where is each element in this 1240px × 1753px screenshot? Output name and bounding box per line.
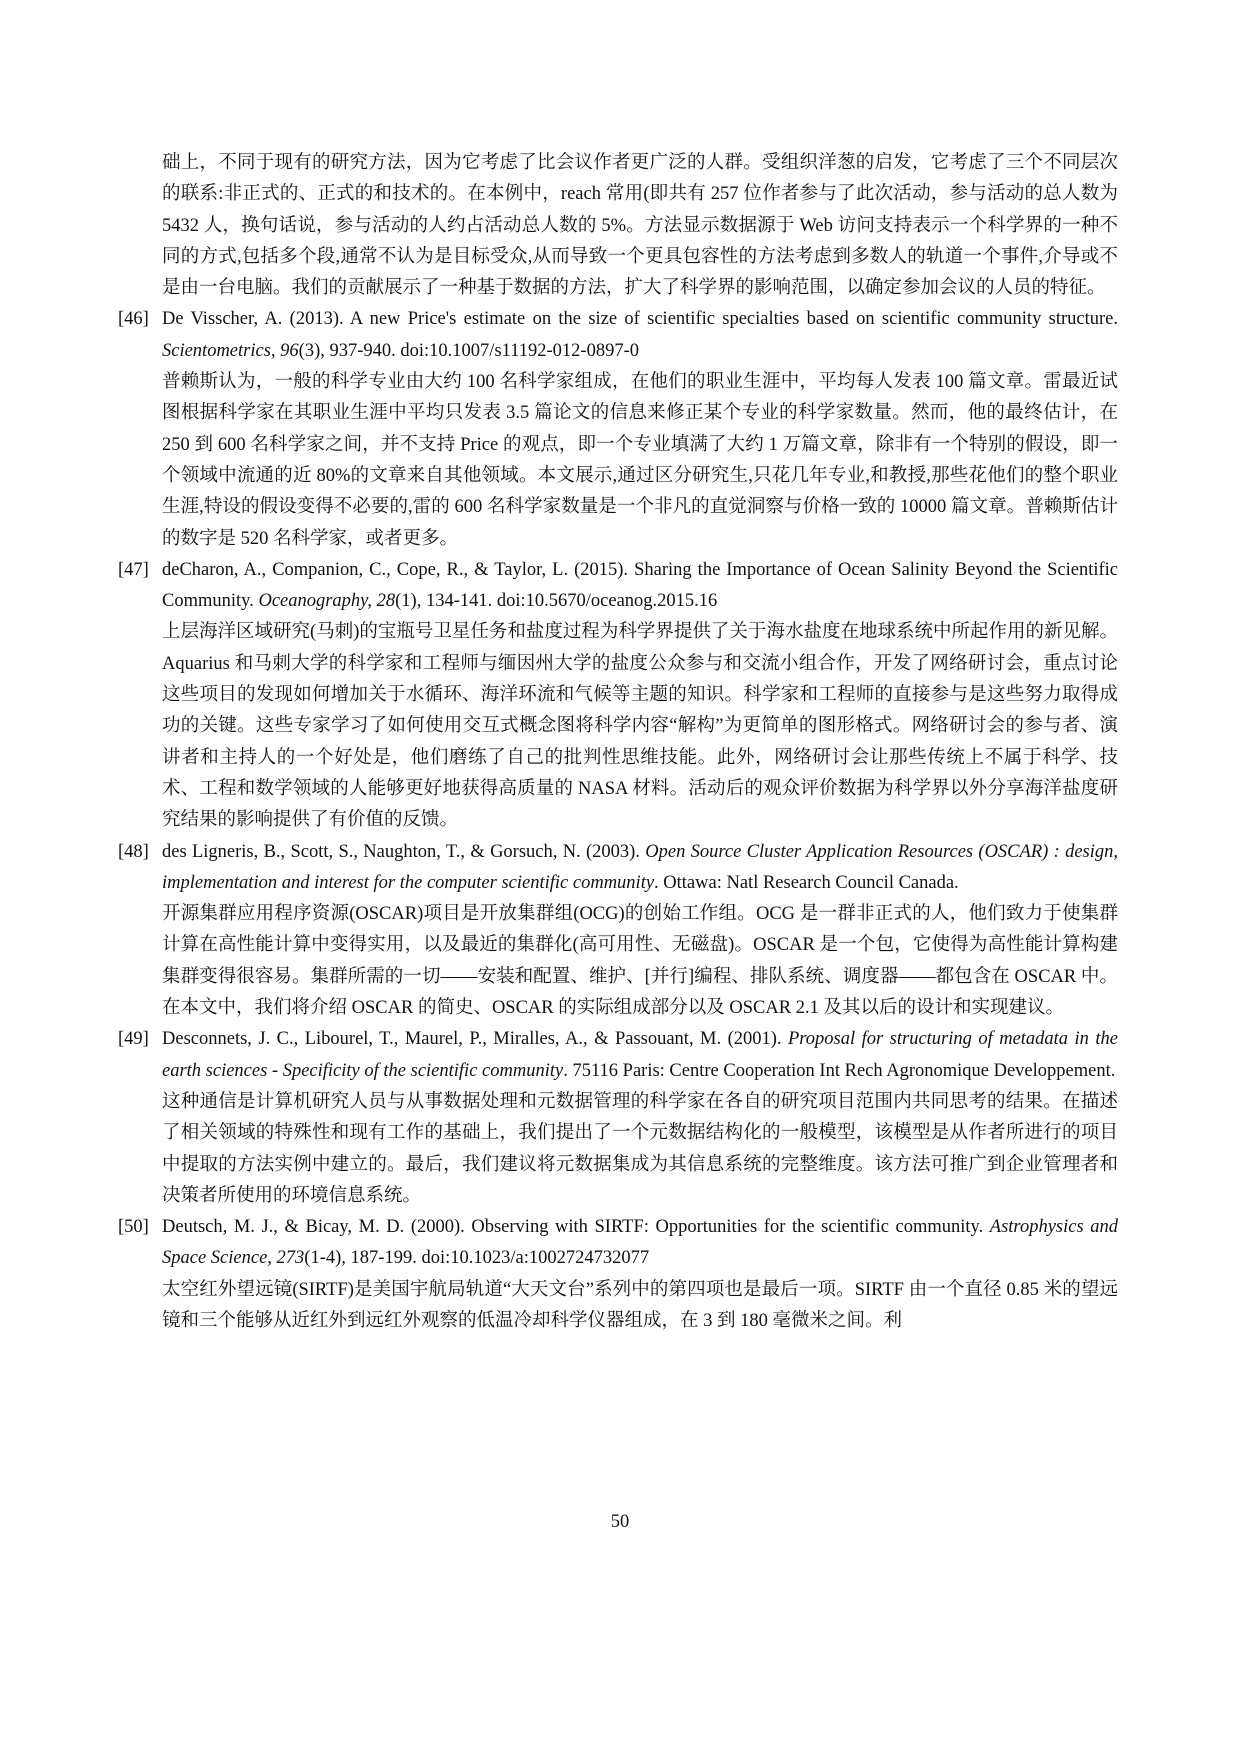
citation-text: De Visscher, A. (2013). A new Price's es…: [162, 309, 1118, 329]
reference-number: [46]: [118, 304, 149, 335]
citation-text: Desconnets, J. C., Libourel, T., Maurel,…: [162, 1029, 788, 1049]
reference-citation: des Ligneris, B., Scott, S., Naughton, T…: [162, 837, 1118, 900]
reference-summary: 开源集群应用程序资源(OSCAR)项目是开放集群组(OCG)的创始工作组。OCG…: [162, 899, 1118, 1024]
page-number: 50: [0, 1510, 1240, 1534]
page-content: 础上，不同于现有的研究方法，因为它考虑了比会议作者更广泛的人群。受组织洋葱的启发…: [162, 148, 1118, 1337]
reference-entry-49: [49] Desconnets, J. C., Libourel, T., Ma…: [162, 1024, 1118, 1212]
reference-summary: 太空红外望远镜(SIRTF)是美国宇航局轨道“大天文台”系列中的第四项也是最后一…: [162, 1275, 1118, 1338]
citation-details: . Ottawa: Natl Research Council Canada.: [654, 873, 959, 893]
citation-details: (1), 134-141. doi:10.5670/oceanog.2015.1…: [395, 591, 717, 611]
reference-number: [50]: [118, 1212, 149, 1243]
reference-number: [48]: [118, 837, 149, 868]
reference-summary: 普赖斯认为，一般的科学专业由大约 100 名科学家组成，在他们的职业生涯中，平均…: [162, 367, 1118, 555]
reference-number: [47]: [118, 555, 149, 586]
reference-summary: 这种通信是计算机研究人员与从事数据处理和元数据管理的科学家在各自的研究项目范围内…: [162, 1087, 1118, 1212]
reference-citation: Desconnets, J. C., Libourel, T., Maurel,…: [162, 1024, 1118, 1087]
reference-citation: deCharon, A., Companion, C., Cope, R., &…: [162, 555, 1118, 618]
citation-journal: Oceanography, 28: [258, 591, 395, 611]
citation-details: . 75116 Paris: Centre Cooperation Int Re…: [563, 1061, 1115, 1081]
citation-details: (1-4), 187-199. doi:10.1023/a:1002724732…: [304, 1248, 649, 1268]
reference-citation: De Visscher, A. (2013). A new Price's es…: [162, 304, 1118, 367]
reference-entry-47: [47] deCharon, A., Companion, C., Cope, …: [162, 555, 1118, 837]
reference-citation: Deutsch, M. J., & Bicay, M. D. (2000). O…: [162, 1212, 1118, 1275]
document-page: 础上，不同于现有的研究方法，因为它考虑了比会议作者更广泛的人群。受组织洋葱的启发…: [0, 0, 1240, 1753]
citation-text: Deutsch, M. J., & Bicay, M. D. (2000). O…: [162, 1217, 990, 1237]
reference-entry-50: [50] Deutsch, M. J., & Bicay, M. D. (200…: [162, 1212, 1118, 1337]
continued-paragraph: 础上，不同于现有的研究方法，因为它考虑了比会议作者更广泛的人群。受组织洋葱的启发…: [162, 148, 1118, 304]
reference-summary: 上层海洋区域研究(马刺)的宝瓶号卫星任务和盐度过程为科学界提供了关于海水盐度在地…: [162, 617, 1118, 836]
reference-number: [49]: [118, 1024, 149, 1055]
citation-text: des Ligneris, B., Scott, S., Naughton, T…: [162, 842, 645, 862]
reference-entry-48: [48] des Ligneris, B., Scott, S., Naught…: [162, 837, 1118, 1025]
reference-entry-46: [46] De Visscher, A. (2013). A new Price…: [162, 304, 1118, 554]
citation-details: (3), 937-940. doi:10.1007/s11192-012-089…: [299, 341, 639, 361]
citation-journal: Scientometrics, 96: [162, 341, 299, 361]
